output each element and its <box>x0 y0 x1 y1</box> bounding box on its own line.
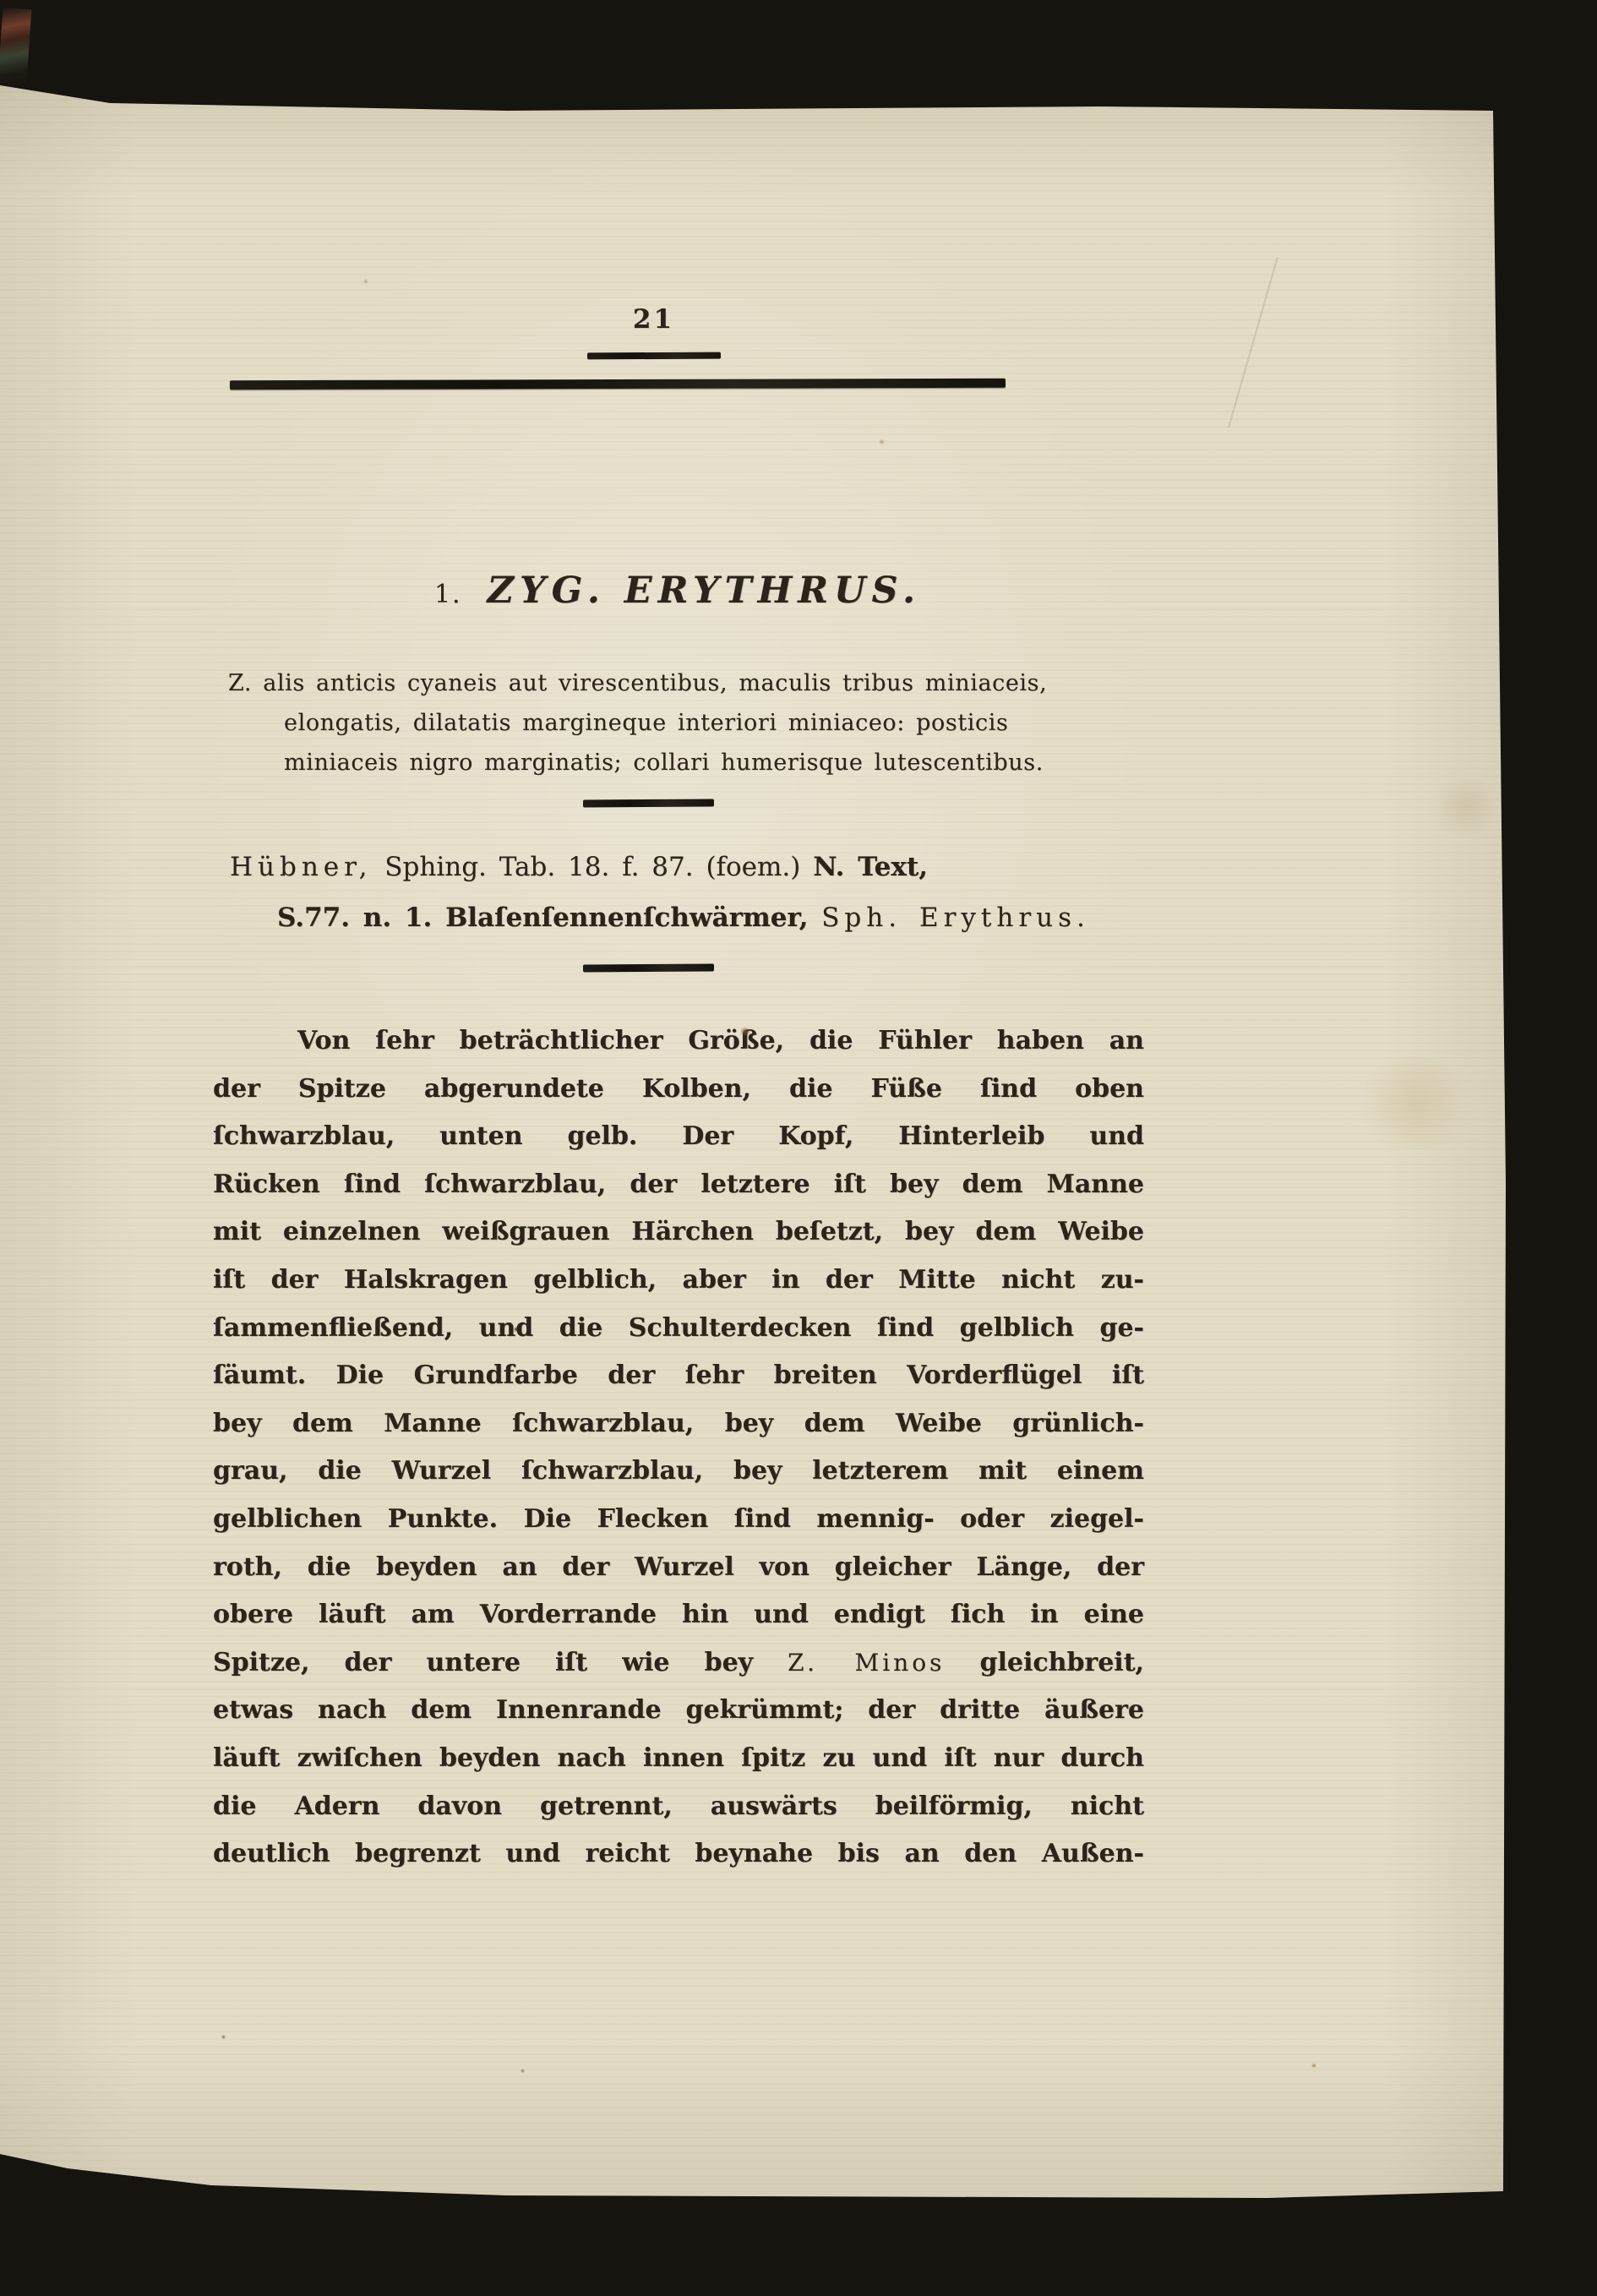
stain-spot <box>521 2069 525 2073</box>
text-segment: Rücken ſind ſchwarzblau, der letztere iſ… <box>213 1170 1144 1199</box>
text-segment: Z. Minos <box>788 1649 945 1677</box>
text-segment: Spitze, der untere iſt wie bey <box>213 1648 788 1677</box>
text-segment: S.77. n. 1. Blaſenſennenſchwärmer, <box>277 903 821 933</box>
body-line: ſammenfließend, und die Schulterdecken ſ… <box>213 1305 1144 1353</box>
text-segment: deutlich begrenzt und reicht beynahe bis… <box>213 1839 1144 1868</box>
text-segment: grau, die Wurzel ſchwarzblau, bey letzte… <box>213 1456 1144 1486</box>
latin-diagnosis-line: Z. alis anticis cyaneis aut virescentibu… <box>228 663 1141 703</box>
paper-page: 21 1.ZYG. ERYTHRUS. Z. alis anticis cyan… <box>0 0 1597 2296</box>
book-edge-marbling <box>0 8 31 94</box>
reference-line: S.77. n. 1. Blaſenſennenſchwärmer, Sph. … <box>230 892 1155 943</box>
text-segment: ſchwarzblau, unten gelb. Der Kopf, Hinte… <box>213 1121 1144 1151</box>
separator-rule-top <box>583 799 714 807</box>
stain-spot <box>363 279 368 284</box>
body-line: gelblichen Punkte. Die Flecken ſind menn… <box>213 1496 1144 1544</box>
text-segment: mit einzelnen weißgrauen Härchen beſetzt… <box>213 1217 1144 1246</box>
text-segment: miniaceis nigro marginatis; collari hume… <box>284 750 1044 776</box>
stain-spot <box>514 1327 519 1332</box>
text-segment: bey dem Manne ſchwarzblau, bey dem Weibe… <box>213 1409 1144 1438</box>
body-line: Rücken ſind ſchwarzblau, der letztere iſ… <box>213 1161 1144 1209</box>
body-line: der Spitze abgerundete Kolben, die Füße … <box>213 1066 1144 1114</box>
body-line: obere läuft am Vorderrande hin und endig… <box>213 1591 1144 1639</box>
body-line: mit einzelnen weißgrauen Härchen beſetzt… <box>213 1208 1144 1257</box>
heading-title: ZYG. ERYTHRUS. <box>488 570 921 612</box>
stain-spot <box>879 439 885 444</box>
scanned-book-page: 21 1.ZYG. ERYTHRUS. Z. alis anticis cyan… <box>0 0 1597 2296</box>
page-number-rule <box>587 352 721 360</box>
text-segment: Sphing. Tab. 18. f. 87. (foem.) <box>372 852 813 882</box>
text-segment: gelblichen Punkte. Die Flecken ſind menn… <box>213 1504 1144 1534</box>
body-line: ſchwarzblau, unten gelb. Der Kopf, Hinte… <box>213 1113 1144 1161</box>
reference-block: Hübner, Sphing. Tab. 18. f. 87. (foem.) … <box>230 842 1155 943</box>
text-segment: die Adern davon getrennt, auswärts beilf… <box>213 1792 1144 1821</box>
stain-spot <box>221 2035 226 2039</box>
body-line: etwas nach dem Innenrande gekrümmt; der … <box>213 1687 1144 1735</box>
page-number: 21 <box>585 304 722 335</box>
stain-spot <box>1428 777 1504 837</box>
heading-index: 1. <box>434 580 462 609</box>
body-line: iſt der Halskragen gelblich, aber in der… <box>213 1257 1144 1305</box>
text-segment: roth, die beyden an der Wurzel von gleic… <box>213 1552 1144 1582</box>
reference-line: Hübner, Sphing. Tab. 18. f. 87. (foem.) … <box>230 842 1155 892</box>
latin-diagnosis-line: miniaceis nigro marginatis; collari hume… <box>228 743 1141 783</box>
body-line: bey dem Manne ſchwarzblau, bey dem Weibe… <box>213 1400 1144 1448</box>
text-segment: Hübner, <box>230 852 372 882</box>
text-segment: gleichbreit, <box>945 1648 1144 1677</box>
body-line: grau, die Wurzel ſchwarzblau, bey letzte… <box>213 1448 1144 1496</box>
body-line: läuft zwiſchen beyden nach innen ſpitz z… <box>213 1735 1144 1783</box>
text-segment: Von ſehr beträchtlicher Größe, die Fühle… <box>297 1026 1144 1055</box>
text-segment: der Spitze abgerundete Kolben, die Füße … <box>213 1074 1144 1104</box>
species-heading: 1.ZYG. ERYTHRUS. <box>213 568 1142 621</box>
stain-spot <box>740 1028 750 1036</box>
body-line: roth, die beyden an der Wurzel von gleic… <box>213 1544 1144 1592</box>
text-segment: läuft zwiſchen beyden nach innen ſpitz z… <box>213 1743 1144 1773</box>
text-segment: etwas nach dem Innenrande gekrümmt; der … <box>213 1695 1144 1725</box>
text-segment: Sph. Erythrus. <box>821 903 1090 933</box>
text-segment: elongatis, dilatatis margineque interior… <box>284 710 1008 736</box>
latin-diagnosis-line: elongatis, dilatatis margineque interior… <box>228 703 1141 743</box>
text-segment: obere läuft am Vorderrande hin und endig… <box>213 1600 1144 1629</box>
body-paragraph: Von ſehr beträchtlicher Größe, die Fühle… <box>213 1017 1144 1879</box>
text-segment: ſammenfließend, und die Schulterdecken ſ… <box>213 1313 1144 1343</box>
body-line: ſäumt. Die Grundfarbe der ſehr breiten V… <box>213 1352 1144 1400</box>
header-rule <box>230 379 1006 390</box>
text-segment: N. Text, <box>813 852 928 882</box>
body-line: die Adern davon getrennt, auswärts beilf… <box>213 1783 1144 1831</box>
body-line: deutlich begrenzt und reicht beynahe bis… <box>213 1830 1144 1879</box>
stain-spot <box>1352 1056 1479 1149</box>
text-segment: Z. alis anticis cyaneis aut virescentibu… <box>228 670 1047 696</box>
latin-diagnosis: Z. alis anticis cyaneis aut virescentibu… <box>228 663 1141 783</box>
stain-spot <box>1311 2064 1316 2068</box>
body-line: Von ſehr beträchtlicher Größe, die Fühle… <box>213 1017 1144 1066</box>
scratch-line <box>1228 257 1278 428</box>
text-segment: iſt der Halskragen gelblich, aber in der… <box>213 1265 1144 1295</box>
body-line: Spitze, der untere iſt wie bey Z. Minos … <box>213 1639 1144 1688</box>
text-segment: ſäumt. Die Grundfarbe der ſehr breiten V… <box>213 1361 1144 1390</box>
separator-rule-bottom <box>583 963 714 972</box>
